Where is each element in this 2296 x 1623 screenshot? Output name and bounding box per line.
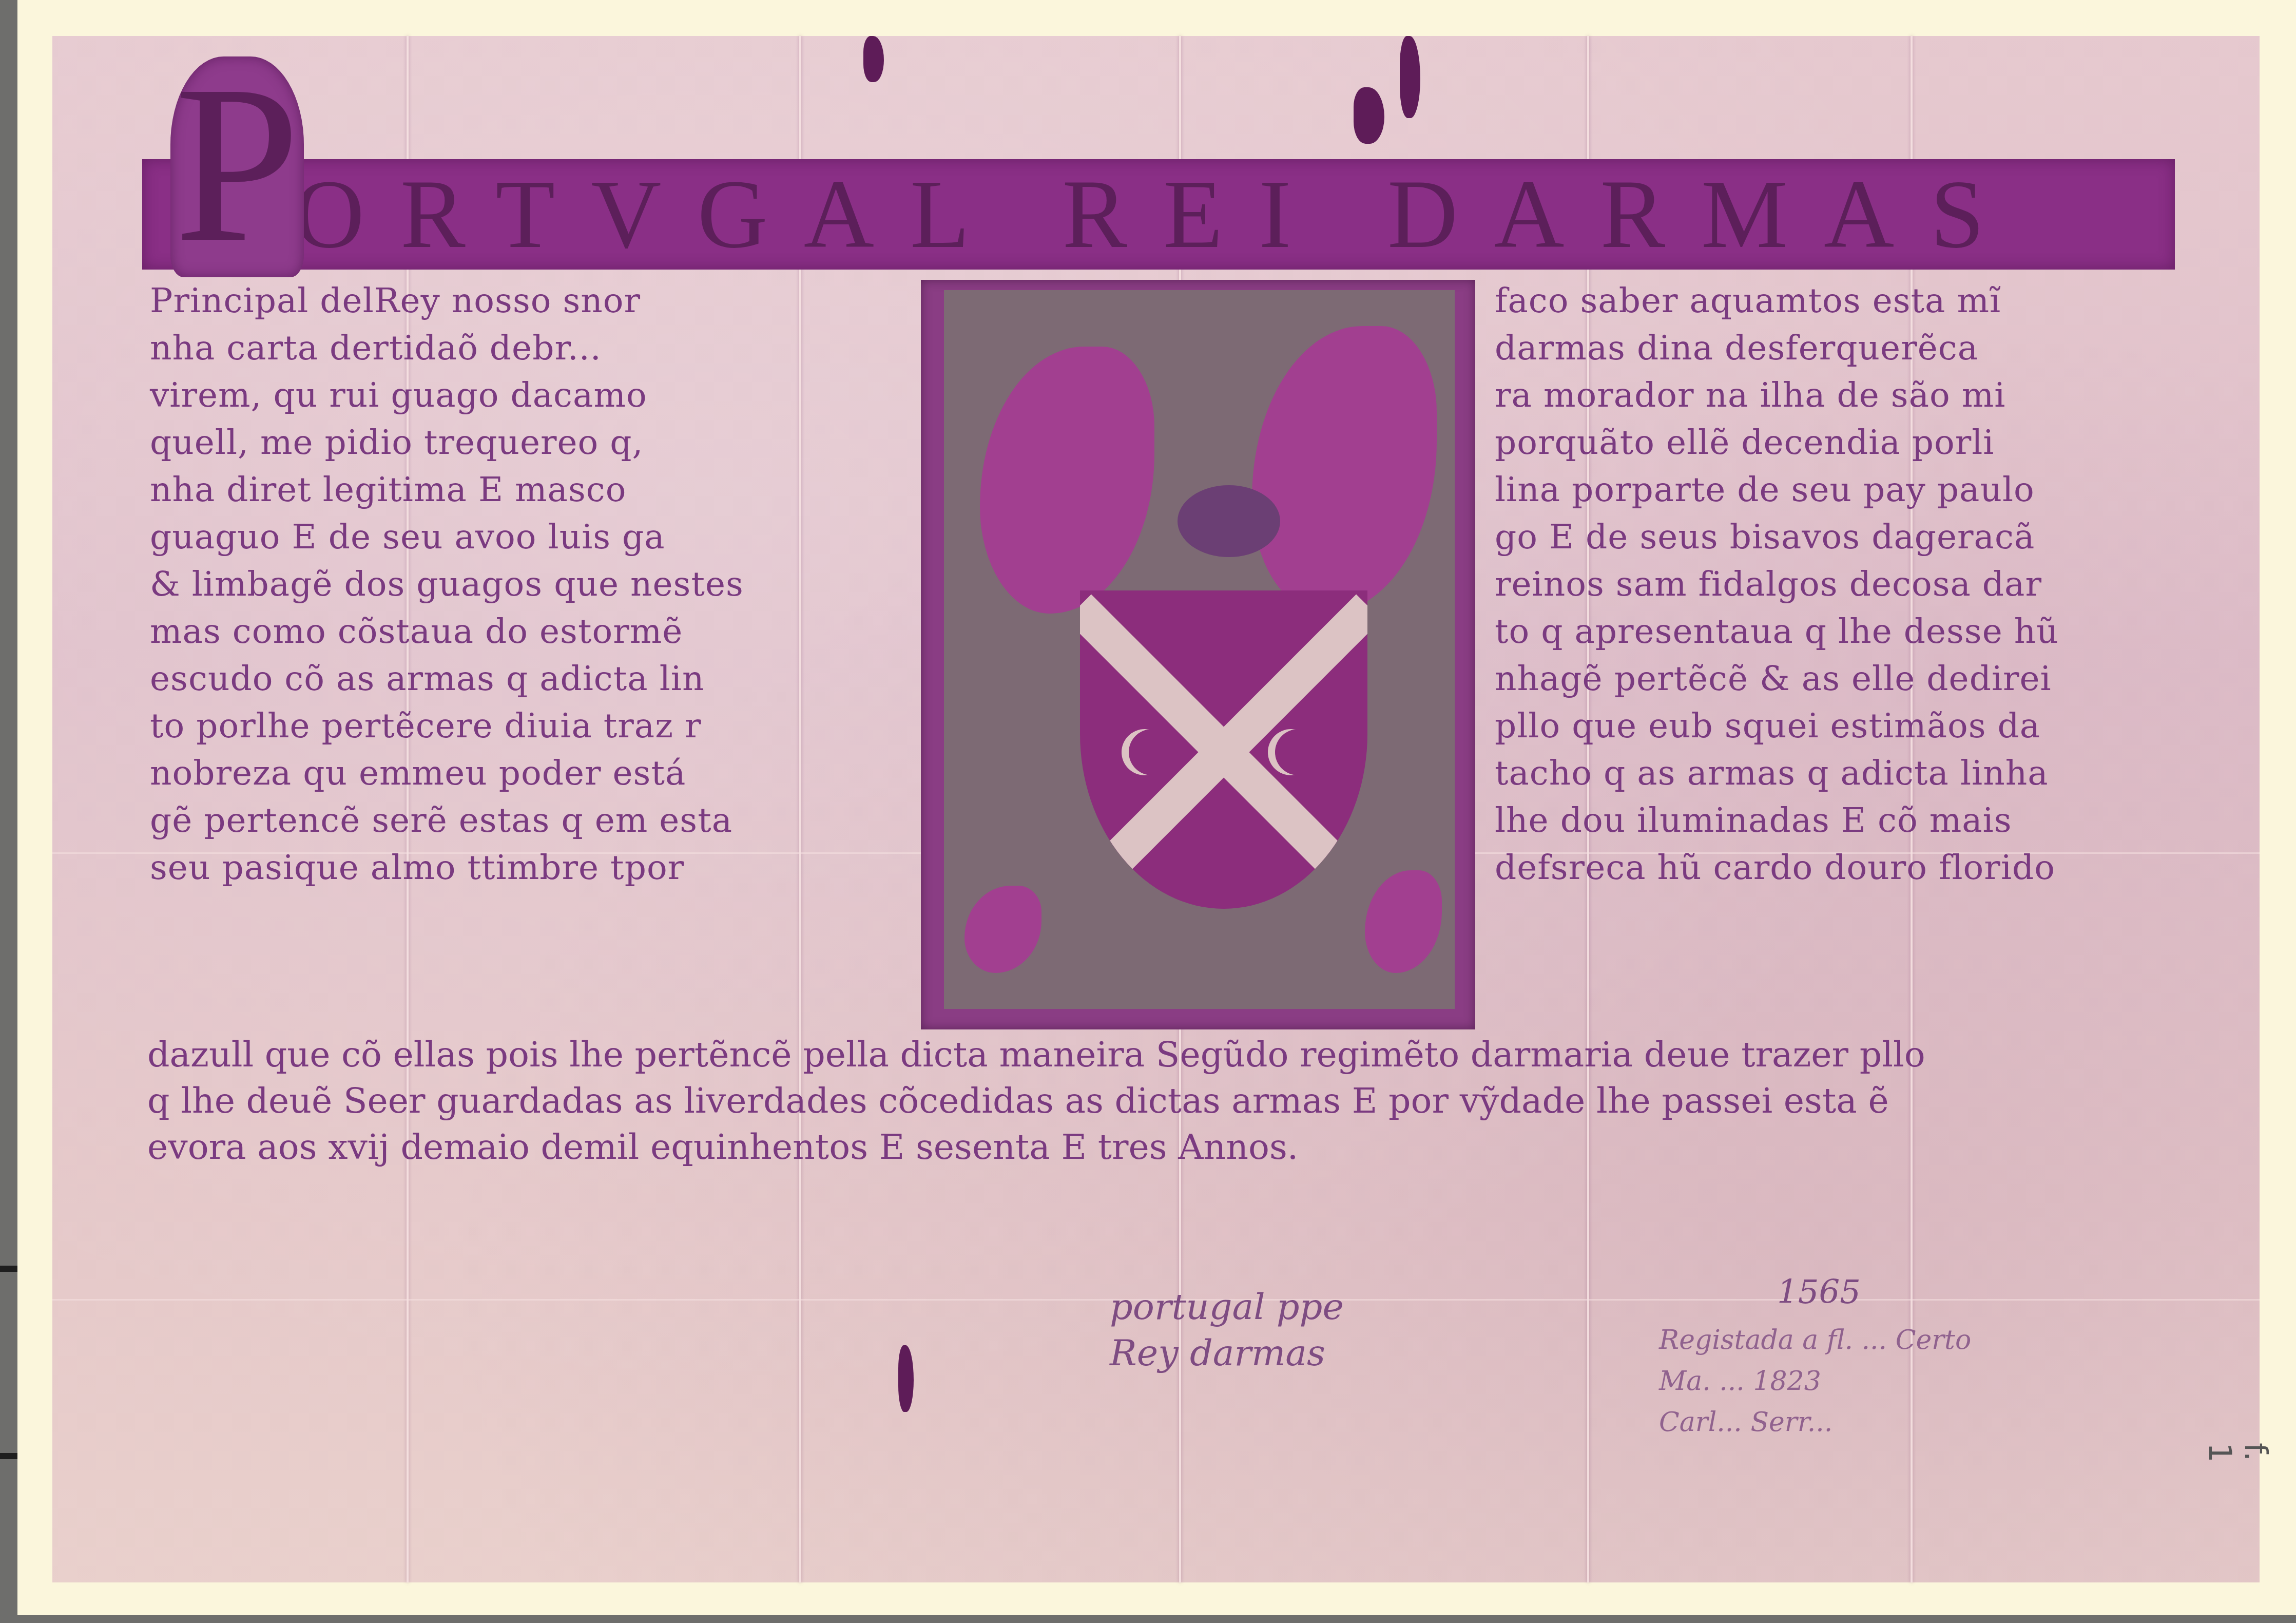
arms-field [944,290,1455,1009]
closing-text: dazull que cõ ellas pois lhe pertẽncẽ pe… [147,1032,2226,1171]
signature-line: portugal ppe [1110,1284,1344,1330]
text-line: dazull que cõ ellas pois lhe pertẽncẽ pe… [147,1032,2226,1078]
text-line: nha diret legitima E masco [150,466,894,513]
text-line: nobreza qu emmeu poder está [150,750,894,797]
ink-stain [863,36,884,82]
text-line: porquãto ellẽ decendia porli [1495,419,2224,466]
text-line: quell, me pidio trequereo q, [150,419,894,466]
text-line: escudo cõ as armas q adicta lin [150,655,894,702]
signature-main: portugal ppe Rey darmas [1110,1284,1344,1376]
mantling-right [1252,326,1437,614]
ink-stain [1354,87,1384,144]
text-line: go E de seus bisavos dageracã [1495,513,2224,561]
photo-print: PORTVGAL REI DARMAS P Principal delRe [17,0,2296,1615]
text-line: darmas dina desferquerẽca [1495,324,2224,372]
crescent-icon [1129,729,1175,775]
crescent-icon [1275,729,1321,775]
registry-note: Registada a fl. ... Certo Ma. ... 1823 C… [1659,1320,1971,1443]
registry-line: Ma. ... 1823 [1659,1361,1971,1402]
text-line: reinos sam fidalgos decosa dar [1495,561,2224,608]
text-line: & limbagẽ dos guagos que nestes [150,561,894,608]
text-line: defsreca hũ cardo douro florido [1495,844,2224,891]
text-line: to porlhe pertẽcere diuia traz r [150,702,894,750]
mantling-left [980,347,1154,614]
text-line: pllo que eub squei estimãos da [1495,702,2224,750]
ink-stain [1400,36,1420,118]
text-line: ra morador na ilha de são mi [1495,372,2224,419]
scale-mark [0,1266,17,1272]
registry-line: Registada a fl. ... Certo [1659,1320,1971,1361]
signature-line: Rey darmas [1110,1330,1344,1376]
text-line: evora aos xvij demaio demil equinhentos … [147,1124,2226,1171]
text-line: nhagẽ pertẽcẽ & as elle dedirei [1495,655,2224,702]
mantling-flourish [964,886,1041,973]
text-line: lina porparte de seu pay paulo [1495,466,2224,513]
illuminated-initial: P [170,56,304,277]
text-line: q lhe deuẽ Seer guardadas as liverdades … [147,1078,2226,1124]
text-line: to q apresentaua q lhe desse hũ [1495,608,2224,655]
ink-stain [898,1345,914,1412]
registry-number: 1565 [1777,1273,1861,1311]
shield [1080,590,1367,909]
text-line: faco saber aquamtos esta mĩ [1495,277,2224,324]
registry-line: Carl... Serr... [1659,1402,1971,1443]
parchment: PORTVGAL REI DARMAS P Principal delRe [52,36,2260,1582]
text-line: guaguo E de seu avoo luis ga [150,513,894,561]
text-line: Principal delRey nosso snor [150,277,894,324]
banner-title: PORTVGAL REI DARMAS [204,163,2154,266]
text-column-right: faco saber aquamtos esta mĩ darmas dina … [1495,277,2224,891]
text-column-left: Principal delRey nosso snor nha carta de… [150,277,894,891]
text-line: seu pasique almo ttimbre tpor [150,844,894,891]
title-banner: PORTVGAL REI DARMAS [142,159,2175,270]
text-line: lhe dou iluminadas E cõ mais [1495,797,2224,844]
text-line: mas como cõstaua do estormẽ [150,608,894,655]
text-line: tacho q as armas q adicta linha [1495,750,2224,797]
scale-mark [0,1453,17,1459]
mantling-flourish [1365,870,1442,973]
text-line: virem, qu rui guago dacamo [150,372,894,419]
text-line: nha carta dertidaõ debr... [150,324,894,372]
text-line: gẽ pertencẽ serẽ estas q em esta [150,797,894,844]
coat-of-arms-panel [921,280,1475,1029]
helm-icon [1178,485,1280,557]
folio-mark: f. 1 [2202,1443,2273,1465]
